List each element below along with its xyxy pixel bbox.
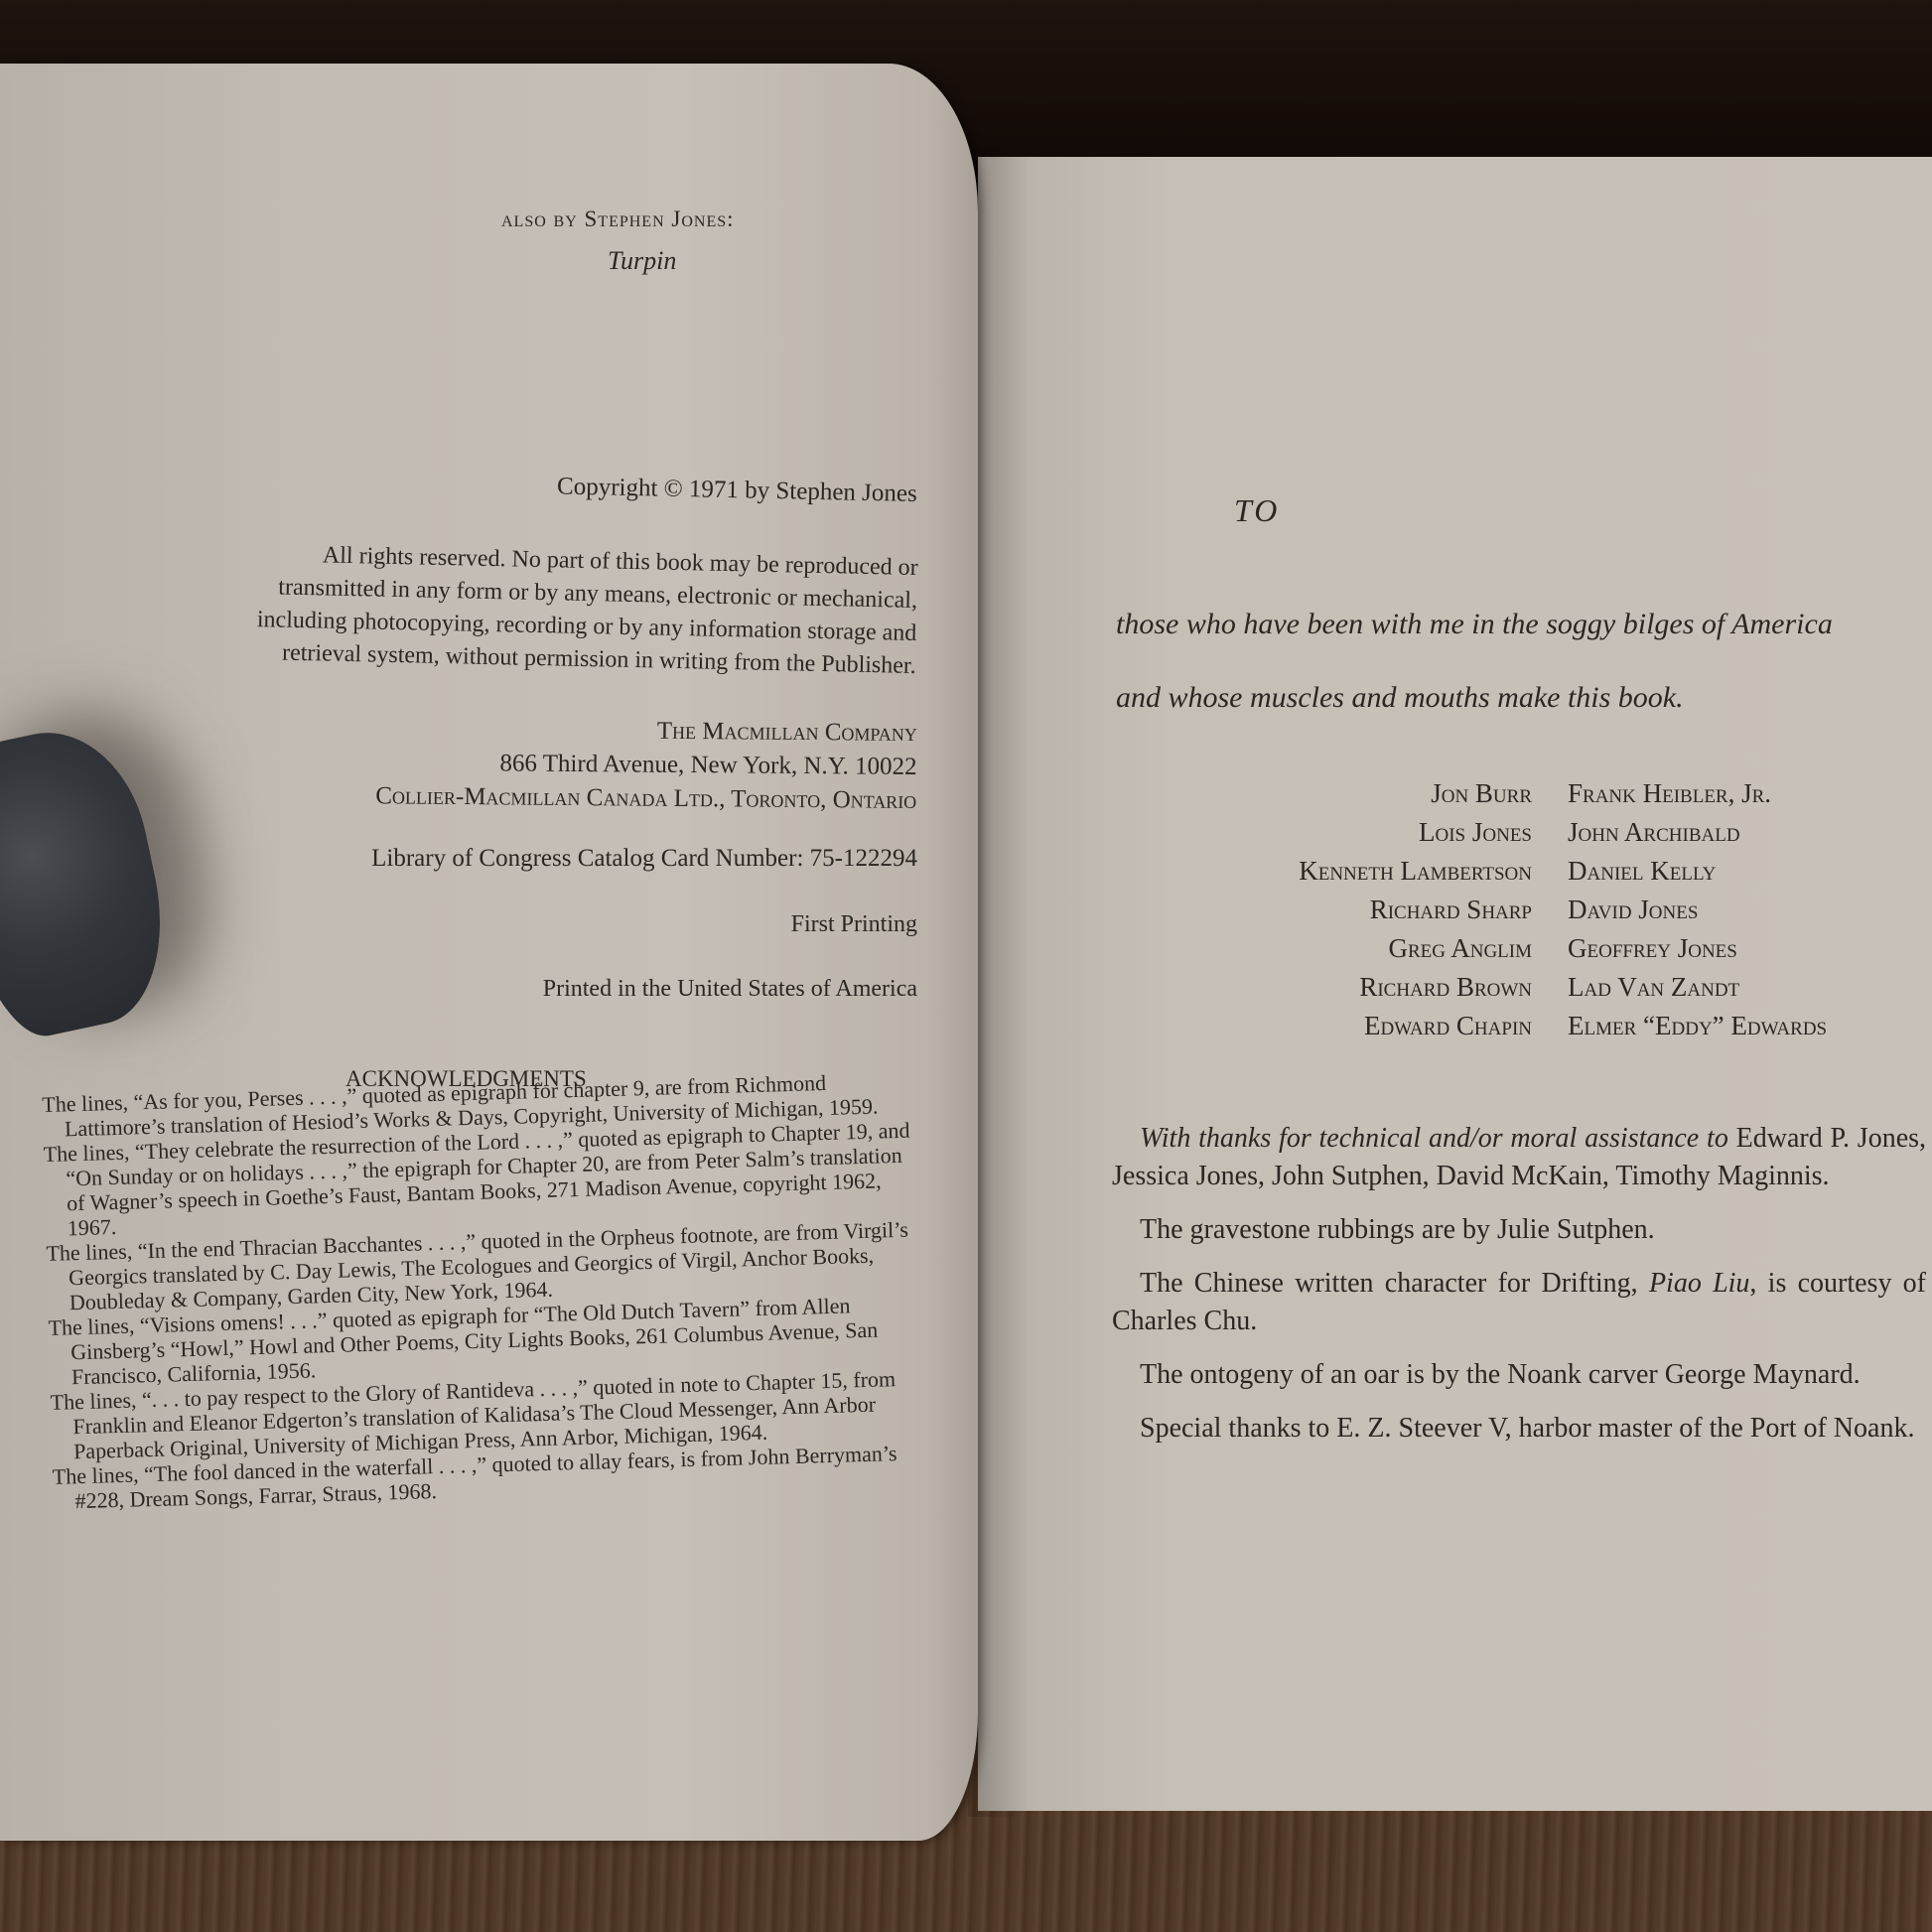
chinese-credit-text: The Chinese written character for Drifti… [1140,1268,1638,1299]
publisher-canada: Collier-Macmillan Canada Ltd., Toronto, … [375,779,916,818]
dedication-line-2: and whose muscles and mouths make this b… [1116,681,1684,715]
gravestone-credit: The gravestone rubbings are by Julie Sut… [1112,1211,1926,1249]
also-by-title: Turpin [608,246,676,276]
name-right: Elmer “Eddy” Edwards [1550,1007,1845,1045]
thanks-section: With thanks for technical and/or moral a… [1112,1120,1926,1463]
name-left: Greg Anglim [1172,929,1550,968]
dedication-line-1: those who have been with me in the soggy… [1116,608,1833,641]
chinese-character-credit: The Chinese written character for Drifti… [1112,1265,1926,1340]
name-row: Richard BrownLad Van Zandt [1172,968,1845,1007]
name-left: Richard Brown [1172,968,1550,1007]
publisher-name: The Macmillan Company [376,712,917,751]
name-left: Richard Sharp [1172,891,1550,929]
name-row: Kenneth LambertsonDaniel Kelly [1172,852,1845,891]
printed-in-line: Printed in the United States of America [543,976,917,1003]
name-left: Edward Chapin [1172,1007,1550,1045]
name-left: Jon Burr [1172,774,1550,813]
dedication-names: Jon BurrFrank Heibler, Jr. Lois JonesJoh… [1172,774,1845,1045]
catalog-card-number: Library of Congress Catalog Card Number:… [371,845,917,873]
also-by-label: also by Stephen Jones: [501,207,735,232]
technical-thanks-intro: With thanks for technical and/or moral a… [1140,1123,1728,1154]
chinese-term: Piao Liu [1649,1268,1749,1299]
special-thanks: Special thanks to E. Z. Steever V, harbo… [1112,1410,1926,1448]
rights-statement: All rights reserved. No part of this boo… [156,536,918,683]
name-right: David Jones [1550,891,1845,929]
oar-credit: The ontogeny of an oar is by the Noank c… [1112,1356,1926,1394]
dedication-to: TO [1234,492,1280,529]
acknowledgments-list: The lines, “As for you, Perses . . . ,” … [42,1067,932,1514]
technical-thanks: With thanks for technical and/or moral a… [1112,1120,1926,1195]
publisher-block: The Macmillan Company 866 Third Avenue, … [375,712,917,818]
name-row: Richard SharpDavid Jones [1172,891,1845,929]
publisher-address: 866 Third Avenue, New York, N.Y. 10022 [375,746,916,784]
printing-line: First Printing [791,911,917,938]
name-right: Daniel Kelly [1550,852,1845,891]
name-row: Edward ChapinElmer “Eddy” Edwards [1172,1007,1845,1045]
name-left: Lois Jones [1172,813,1550,852]
name-right: Frank Heibler, Jr. [1550,774,1845,813]
name-right: John Archibald [1550,813,1845,852]
name-right: Geoffrey Jones [1550,929,1845,968]
name-row: Lois JonesJohn Archibald [1172,813,1845,852]
name-row: Greg AnglimGeoffrey Jones [1172,929,1845,968]
name-left: Kenneth Lambertson [1172,852,1550,891]
name-right: Lad Van Zandt [1550,968,1845,1007]
name-row: Jon BurrFrank Heibler, Jr. [1172,774,1845,813]
